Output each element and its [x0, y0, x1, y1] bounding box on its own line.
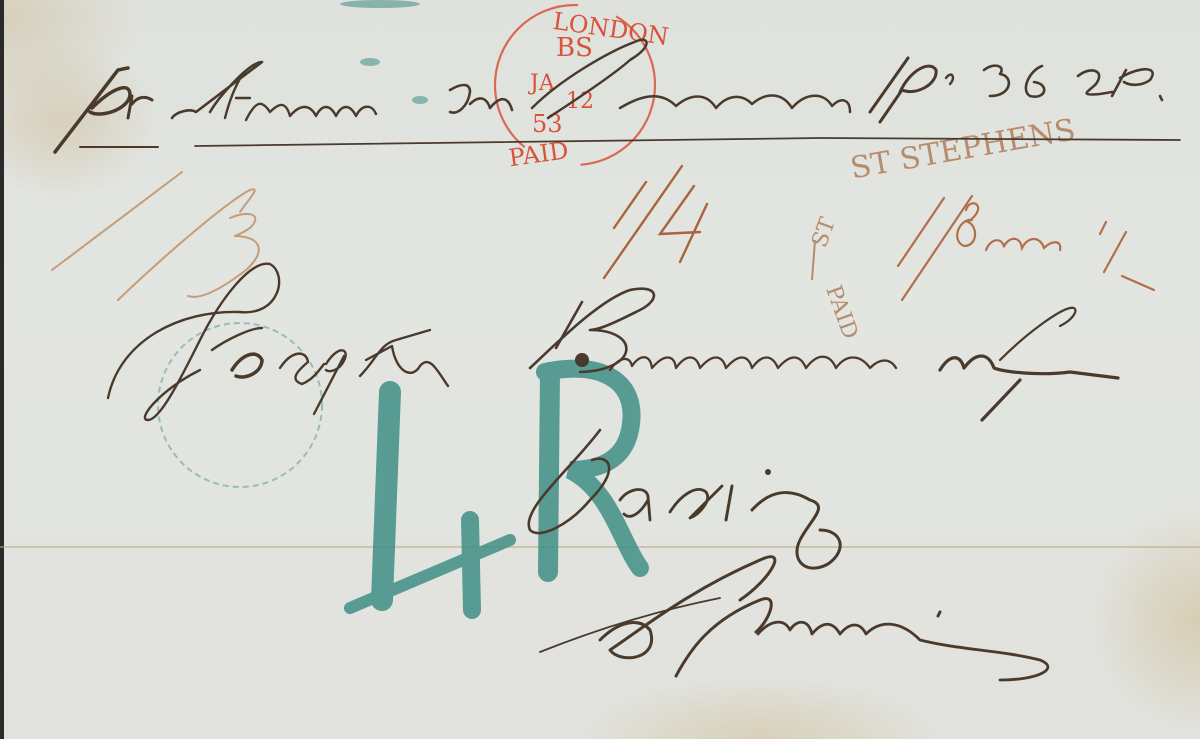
address-name — [108, 264, 1118, 420]
green-smudges — [340, 0, 428, 104]
st-stephens-text: ST STEPHENS — [848, 112, 1078, 186]
day-text: 12 — [566, 89, 594, 114]
postal-cover: pr Steamer via Liverpool 1/- 36 2P. Jose… — [0, 0, 1200, 739]
green-circle-postmark — [158, 323, 322, 487]
4r-handstamp — [350, 369, 640, 610]
st-paid-text: PAID — [820, 282, 862, 342]
st-small-text: ST — [807, 214, 841, 251]
address-city — [529, 430, 840, 568]
year-text: 53 — [532, 110, 563, 138]
cover-markings: LONDON BS JA 12 53 PAID ST STEPHENS ST P… — [0, 0, 1200, 739]
month-text: JA — [528, 71, 556, 96]
rate-marking-center — [604, 166, 707, 278]
address-country — [540, 557, 1048, 680]
rate-marking-left — [52, 172, 259, 300]
london-paid-postmark: LONDON BS JA 12 53 PAID — [495, 5, 670, 172]
bs-text: BS — [556, 33, 593, 63]
rate-marking-right — [898, 196, 1154, 300]
st-stephens-postmark: ST STEPHENS ST PAID — [807, 112, 1078, 342]
